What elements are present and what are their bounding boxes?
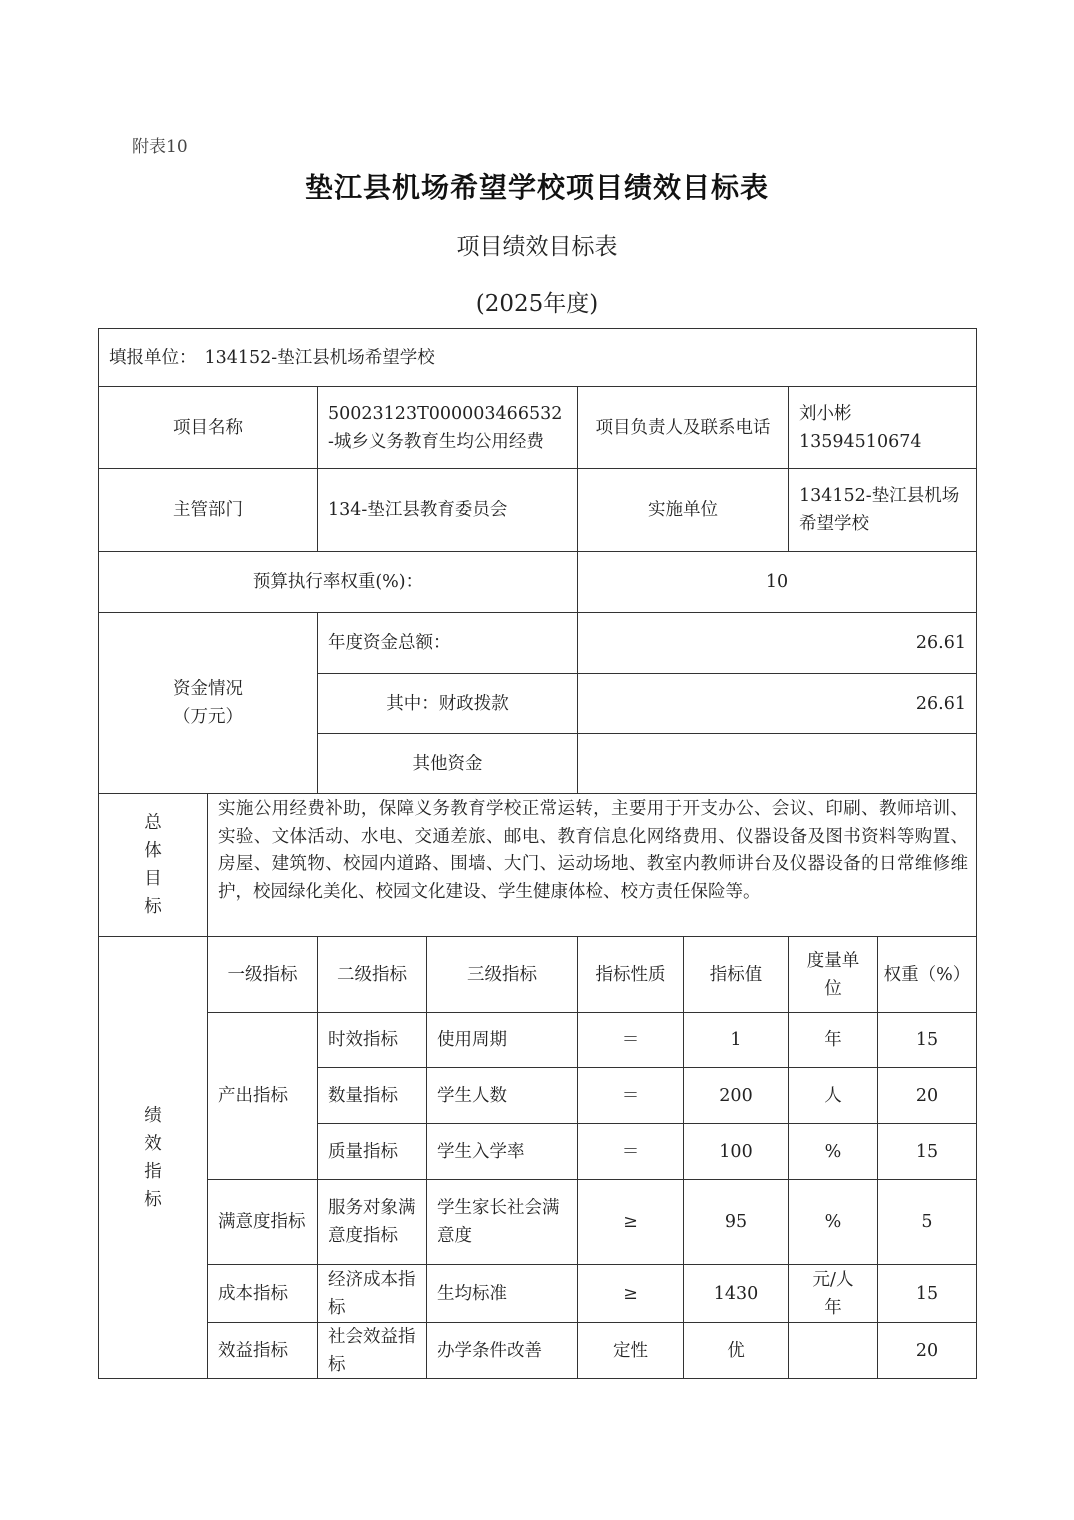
- row1-nature: ＝: [577, 1067, 684, 1124]
- project-name-value: 50023123T000003466532-城乡义务教育生均公用经费: [317, 386, 578, 469]
- goal-label-char: 目: [144, 865, 162, 893]
- row2-weight: 15: [877, 1123, 977, 1180]
- row3-nature: ≥: [577, 1179, 684, 1265]
- goal-label-char: 体: [144, 837, 162, 865]
- impl-value: 134152-垫江县机场希望学校: [788, 468, 977, 552]
- row1-value: 200: [683, 1067, 789, 1124]
- row1-level2: 数量指标: [317, 1067, 427, 1124]
- reporting-unit-value: 134152-垫江县机场希望学校: [205, 344, 435, 372]
- row5-nature: 定性: [577, 1322, 684, 1379]
- row0-level3: 使用周期: [426, 1012, 578, 1068]
- funds-other-label: 其他资金: [317, 733, 578, 794]
- header-level1: 一级指标: [207, 936, 318, 1013]
- indicators-label-char: 指: [144, 1158, 162, 1186]
- goal-label-char: 标: [144, 893, 162, 921]
- fiscal-year: (2025年度): [0, 285, 1074, 318]
- funds-label-line1: 资金情况: [173, 675, 243, 703]
- row3-level3: 学生家长社会满意度: [426, 1179, 578, 1265]
- row2-level3: 学生入学率: [426, 1123, 578, 1180]
- funds-fiscal-label: 其中：财政拨款: [317, 673, 578, 734]
- row4-nature: ≥: [577, 1264, 684, 1323]
- row2-unit: %: [788, 1123, 878, 1180]
- budget-weight-label: 预算执行率权重(%)：: [98, 551, 578, 613]
- contact-value: 刘小彬 13594510674: [788, 386, 977, 469]
- appendix-label: 附表10: [132, 132, 188, 157]
- dept-label: 主管部门: [98, 468, 318, 552]
- row2-value: 100: [683, 1123, 789, 1180]
- row0-value: 1: [683, 1012, 789, 1068]
- contact-phone: 13594510674: [799, 428, 921, 456]
- row0-nature: ＝: [577, 1012, 684, 1068]
- level1-output: 产出指标: [207, 1012, 318, 1180]
- impl-label: 实施单位: [577, 468, 789, 552]
- reporting-unit-label: 填报单位：: [109, 344, 197, 372]
- project-name-label: 项目名称: [98, 386, 318, 469]
- row1-unit: 人: [788, 1067, 878, 1124]
- row4-weight: 15: [877, 1264, 977, 1323]
- funds-other-value: [577, 733, 977, 794]
- page-subtitle: 项目绩效目标表: [0, 228, 1074, 261]
- reporting-unit-row: 填报单位： 134152-垫江县机场希望学校: [98, 328, 977, 387]
- row3-unit: %: [788, 1179, 878, 1265]
- row3-level2: 服务对象满意度指标: [317, 1179, 427, 1265]
- goal-label: 总 体 目 标: [98, 793, 208, 937]
- row5-unit: [788, 1322, 878, 1379]
- row4-unit: 元/人年: [788, 1264, 878, 1323]
- header-nature: 指标性质: [577, 936, 684, 1013]
- contact-label: 项目负责人及联系电话: [577, 386, 789, 469]
- row4-level3: 生均标准: [426, 1264, 578, 1323]
- funds-label-line2: （万元）: [173, 703, 243, 731]
- row1-weight: 20: [877, 1067, 977, 1124]
- row5-weight: 20: [877, 1322, 977, 1379]
- row2-level2: 质量指标: [317, 1123, 427, 1180]
- funds-total-value: 26.61: [577, 612, 977, 674]
- header-value: 指标值: [683, 936, 789, 1013]
- goal-label-char: 总: [144, 809, 162, 837]
- level1-cost: 成本指标: [207, 1264, 318, 1323]
- level1-satisfaction: 满意度指标: [207, 1179, 318, 1265]
- level1-benefit: 效益指标: [207, 1322, 318, 1379]
- row2-nature: ＝: [577, 1123, 684, 1180]
- indicators-label-char: 标: [144, 1186, 162, 1214]
- row0-unit: 年: [788, 1012, 878, 1068]
- header-level3: 三级指标: [426, 936, 578, 1013]
- dept-value: 134-垫江县教育委员会: [317, 468, 578, 552]
- indicators-label-char: 绩: [144, 1102, 162, 1130]
- row4-value: 1430: [683, 1264, 789, 1323]
- budget-weight-value: 10: [577, 551, 977, 613]
- page-title: 垫江县机场希望学校项目绩效目标表: [0, 166, 1074, 206]
- row1-level3: 学生人数: [426, 1067, 578, 1124]
- funds-total-label: 年度资金总额：: [317, 612, 578, 674]
- indicators-label-char: 效: [144, 1130, 162, 1158]
- header-weight: 权重（%）: [877, 936, 977, 1013]
- row0-weight: 15: [877, 1012, 977, 1068]
- row5-value: 优: [683, 1322, 789, 1379]
- contact-name: 刘小彬: [799, 400, 852, 428]
- row5-level2: 社会效益指标: [317, 1322, 427, 1379]
- row5-level3: 办学条件改善: [426, 1322, 578, 1379]
- goal-text: 实施公用经费补助，保障义务教育学校正常运转，主要用于开支办公、会议、印刷、教师培…: [207, 793, 977, 937]
- row0-level2: 时效指标: [317, 1012, 427, 1068]
- row3-weight: 5: [877, 1179, 977, 1265]
- indicators-label: 绩 效 指 标: [98, 936, 208, 1379]
- funds-fiscal-value: 26.61: [577, 673, 977, 734]
- header-level2: 二级指标: [317, 936, 427, 1013]
- header-unit: 度量单位: [788, 936, 878, 1013]
- funds-label: 资金情况 （万元）: [98, 612, 318, 794]
- row3-value: 95: [683, 1179, 789, 1265]
- row4-level2: 经济成本指标: [317, 1264, 427, 1323]
